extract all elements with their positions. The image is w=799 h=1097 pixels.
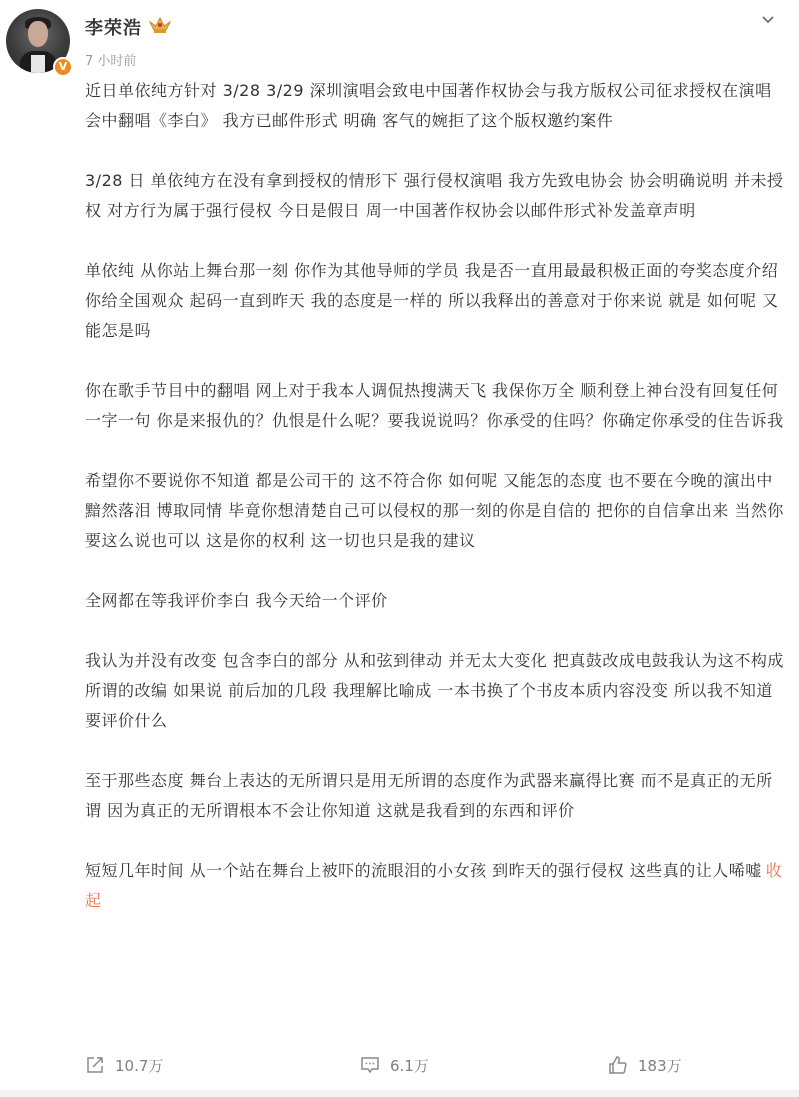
post-paragraph-text: 短短几年时间 从一个站在舞台上被吓的流眼泪的小女孩 到昨天的强行侵权 这些真的让…	[85, 861, 762, 880]
post-paragraph: 你在歌手节目中的翻唱 网上对于我本人调侃热搜满天飞 我保你万全 顺利登上神台没有…	[85, 376, 785, 436]
verified-badge-icon: V	[53, 57, 73, 77]
like-count: 183万	[638, 1055, 682, 1076]
post-paragraph: 至于那些态度 舞台上表达的无所谓只是用无所谓的态度作为武器来赢得比赛 而不是真正…	[85, 766, 785, 826]
post-paragraph: 单依纯 从你站上舞台那一刻 你作为其他导师的学员 我是否一直用最最积极正面的夸奖…	[85, 256, 785, 346]
post-actions: 10.7万 6.1万 183万	[0, 1040, 799, 1090]
avatar-tee	[31, 55, 45, 73]
like-button[interactable]: 183万	[608, 1053, 682, 1077]
post-paragraph-last: 短短几年时间 从一个站在舞台上被吓的流眼泪的小女孩 到昨天的强行侵权 这些真的让…	[85, 856, 785, 916]
thumbs-up-icon	[608, 1055, 628, 1075]
comment-button[interactable]: 6.1万	[360, 1053, 429, 1077]
comment-icon	[360, 1055, 380, 1075]
post-timestamp: 7 小时前	[85, 50, 136, 69]
post-paragraph: 我认为并没有改变 包含李白的部分 从和弦到律动 并无太大变化 把真鼓改成电鼓我认…	[85, 646, 785, 736]
divider	[0, 1090, 799, 1097]
repost-icon	[85, 1055, 105, 1075]
crown-icon	[148, 15, 172, 35]
post-body: 近日单依纯方针对 3/28 3/29 深圳演唱会致电中国著作权协会与我方版权公司…	[85, 76, 785, 916]
chevron-down-icon[interactable]	[760, 12, 776, 28]
post-paragraph: 全网都在等我评价李白 我今天给一个评价	[85, 586, 785, 616]
repost-button[interactable]: 10.7万	[85, 1053, 163, 1077]
post-paragraph: 近日单依纯方针对 3/28 3/29 深圳演唱会致电中国著作权协会与我方版权公司…	[85, 76, 785, 136]
comment-count: 6.1万	[390, 1055, 429, 1076]
post-header: V 李荣浩 7 小时前	[0, 0, 799, 80]
repost-count: 10.7万	[115, 1055, 163, 1076]
avatar-face	[28, 21, 48, 47]
author-name[interactable]: 李荣浩	[85, 14, 142, 40]
post-paragraph: 希望你不要说你不知道 都是公司干的 这不符合你 如何呢 又能怎的态度 也不要在今…	[85, 466, 785, 556]
post-paragraph: 3/28 日 单依纯方在没有拿到授权的情形下 强行侵权演唱 我方先致电协会 协会…	[85, 166, 785, 226]
